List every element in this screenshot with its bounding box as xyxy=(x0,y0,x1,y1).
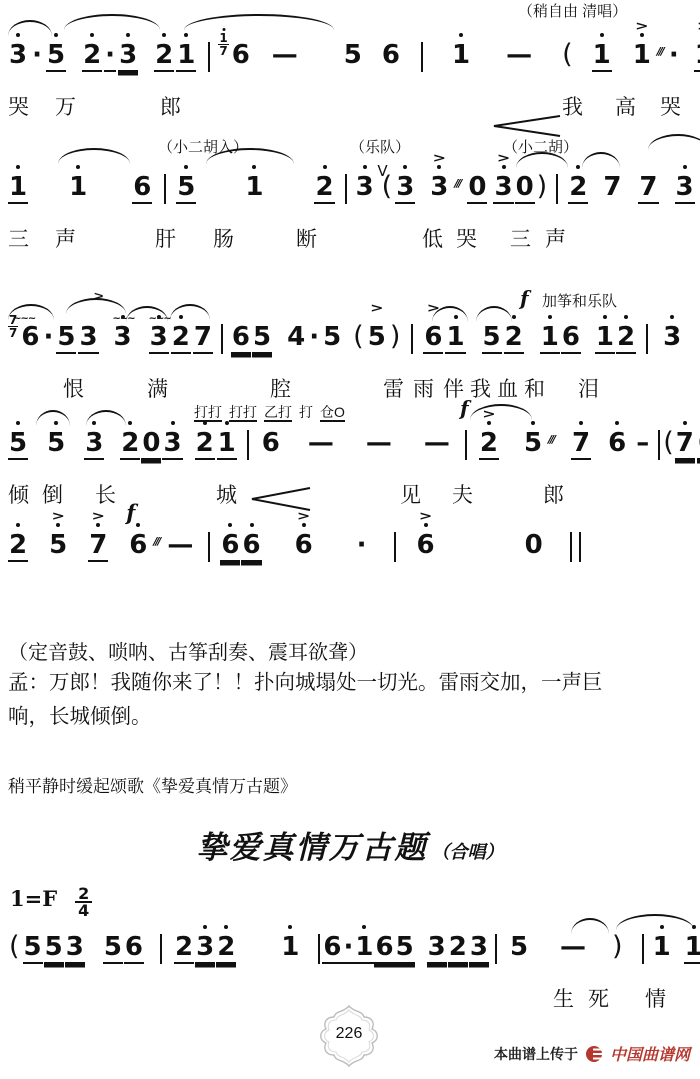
note-token: 6> xyxy=(294,530,314,560)
song-title: 挚爱真情万古题（合唱） xyxy=(0,822,700,867)
note-token: 1 xyxy=(652,932,672,962)
barline xyxy=(421,40,423,79)
lyric-word: 死 xyxy=(588,983,609,1013)
lyric-word: 声 xyxy=(545,223,566,253)
footer-credit: 本曲谱上传于 中国曲谱网 xyxy=(494,1042,690,1065)
octave-dot xyxy=(96,523,100,527)
note-token: 1> xyxy=(694,40,700,72)
note-token: 1 xyxy=(280,932,300,962)
lyric-word: 情 xyxy=(645,983,666,1013)
lyrics-row: 三声肝肠断低哭三声 xyxy=(8,223,696,251)
notation-line-3: f加筝和乐队>776~~~·533~~~3~~~27654·5(5>)6>152… xyxy=(8,296,696,401)
note-token: 3 xyxy=(8,40,28,70)
note-token: 5 xyxy=(23,932,43,964)
note-token: 6///f xyxy=(128,530,148,560)
barline xyxy=(556,172,558,211)
note-token: 7 xyxy=(193,322,213,354)
note-token: 6 xyxy=(231,322,251,354)
note-token: 776~~~ xyxy=(8,322,40,352)
notation-line-5: 25>7>6///f—666>·6>0 xyxy=(8,504,696,569)
octave-dot xyxy=(228,523,232,527)
lyric-word: 声 xyxy=(55,223,76,253)
note-token: 1>/// xyxy=(632,40,652,70)
note-token: 6 xyxy=(607,428,627,458)
lyric-word: 低 xyxy=(422,223,443,253)
octave-dot xyxy=(136,523,140,527)
note-token: 2 xyxy=(568,172,588,204)
note-token: 6> xyxy=(423,322,443,354)
note-token: 0 xyxy=(515,172,535,204)
note-token: 4 xyxy=(286,322,306,352)
note-token: 5 xyxy=(482,322,502,354)
note-token: 7// xyxy=(675,428,695,460)
octave-dot xyxy=(683,421,687,425)
note-token: — xyxy=(423,428,451,458)
note-token: 2 xyxy=(448,932,468,964)
octave-dot xyxy=(424,523,428,527)
note-token: 3~~~ xyxy=(113,322,133,352)
octave-dot xyxy=(16,421,20,425)
octave-dot xyxy=(323,165,327,169)
note-token: · xyxy=(342,932,354,964)
tremolo-mark: /// xyxy=(657,37,663,67)
dialog-line: 孟：万郎！我随你来了！！扑向城塌处一切光。雷雨交加，一声巨 xyxy=(8,666,696,700)
barline xyxy=(164,172,166,211)
octave-dot xyxy=(54,33,58,37)
note-token: 5> xyxy=(48,530,68,560)
crescendo-hairpin xyxy=(250,486,312,512)
barline xyxy=(345,172,347,211)
octave-dot xyxy=(487,421,491,425)
note-token: 3 xyxy=(395,172,415,204)
note-token: 1 xyxy=(445,322,465,354)
note-token: ) xyxy=(536,172,549,202)
barline xyxy=(495,932,497,971)
instrumentation-note: （定音鼓、唢呐、古筝刮奏、震耳欲聋） xyxy=(8,636,368,665)
page-number: 226 xyxy=(316,1025,382,1043)
lyric-word: 肝 xyxy=(155,223,176,253)
note-token: — xyxy=(166,530,194,560)
note-token: 3 xyxy=(469,932,489,964)
note-token: 6 xyxy=(374,932,394,964)
octave-dot xyxy=(16,165,20,169)
site-name-link[interactable]: 中国曲谱网 xyxy=(610,1042,690,1065)
lyric-word: 我 xyxy=(470,373,491,403)
note-token: 1 xyxy=(244,172,264,202)
octave-dot xyxy=(252,165,256,169)
octave-dot xyxy=(362,925,366,929)
note-token: 5 xyxy=(176,172,196,204)
note-token: ) xyxy=(611,932,624,962)
barline xyxy=(411,322,413,361)
note-token: 2 xyxy=(120,428,140,460)
notation-row: 1165123V(33>///03>0)2773327 xyxy=(8,146,696,211)
note-token: 3> xyxy=(493,172,513,204)
lyric-word: 雨 xyxy=(413,373,434,403)
note-token: 3 xyxy=(427,932,447,964)
dialog-line: 响，长城倾倒。 xyxy=(8,700,696,734)
note-token: 5 xyxy=(46,40,66,72)
note-token: 6 xyxy=(124,932,144,964)
sheet-music-page: （稍自由 清唱）3·52·321176—561—(11>///·1>0V16哭万… xyxy=(0,0,700,1079)
octave-dot xyxy=(288,925,292,929)
note-token: 5 xyxy=(252,322,272,354)
note-token: 5 xyxy=(343,40,363,70)
note-token: 7 xyxy=(638,172,658,204)
note-token: ) xyxy=(389,322,402,352)
notation-row: 776~~~·533~~~3~~~27654·5(5>)6>15216123——… xyxy=(8,296,696,361)
octave-dot xyxy=(502,165,506,169)
octave-dot xyxy=(171,421,175,425)
accent-mark: > xyxy=(433,153,446,164)
lyrics-row: 恨满腔雷雨伴我血和泪 xyxy=(8,373,696,401)
octave-dot xyxy=(437,165,441,169)
song-title-text: 挚爱真情万古题 xyxy=(197,830,428,866)
notation-line-2: （小二胡入）（乐队）（小二胡）1165123V(33>///03>0)27733… xyxy=(8,146,696,251)
lyric-word: 满 xyxy=(147,373,168,403)
octave-dot xyxy=(531,421,535,425)
note-token: 3V xyxy=(355,172,375,202)
note-token: ( xyxy=(561,40,574,70)
accent-mark: > xyxy=(419,511,432,522)
barline xyxy=(394,530,396,569)
note-token: 0 xyxy=(141,428,161,460)
octave-dot xyxy=(90,33,94,37)
octave-dot xyxy=(54,421,58,425)
barline xyxy=(658,428,660,467)
note-token: 3>/// xyxy=(429,172,449,202)
lyrics-row: 哭万郎我高哭 xyxy=(8,91,696,119)
octave-dot xyxy=(660,925,664,929)
octave-dot xyxy=(454,315,458,319)
octave-dot xyxy=(184,33,188,37)
notation-line-4: 打打打打乙打打仓Of553203216———2>5///76–(7//6//5/… xyxy=(8,402,696,507)
note-token: 1 xyxy=(8,172,28,204)
lyric-word: 三 xyxy=(510,223,531,253)
note-token: 6 xyxy=(561,322,581,354)
tremolo-mark: /// xyxy=(454,169,460,199)
barline xyxy=(465,428,467,467)
note-token: 176 xyxy=(218,40,250,70)
lyric-word: 断 xyxy=(296,223,317,253)
note-token: 2 xyxy=(216,932,236,964)
barline xyxy=(208,530,210,569)
tremolo-mark: /// xyxy=(548,425,554,455)
octave-dot xyxy=(615,421,619,425)
note-token: 3 xyxy=(78,322,98,354)
accent-mark: > xyxy=(51,511,64,522)
note-token: 3 xyxy=(84,428,104,460)
lyric-word: 血 xyxy=(497,373,518,403)
note-token: 6 xyxy=(261,428,281,458)
trill-mark: ~~~ xyxy=(113,315,133,323)
note-token: — xyxy=(307,428,335,458)
octave-dot xyxy=(548,315,552,319)
octave-dot xyxy=(640,33,644,37)
note-token: 6 xyxy=(220,530,240,562)
note-token: — xyxy=(505,40,533,70)
note-token: 6 xyxy=(132,172,152,204)
accent-mark: > xyxy=(370,303,383,314)
barline xyxy=(646,322,648,361)
note-token: — xyxy=(271,40,299,70)
note-token: 1 xyxy=(176,40,196,72)
note-token: – xyxy=(635,428,650,458)
lyric-word: 泪 xyxy=(578,373,599,403)
octave-dot xyxy=(16,523,20,527)
note-token: 1 xyxy=(684,932,700,964)
lyric-word: 我 xyxy=(562,91,583,121)
note-token: ( xyxy=(381,172,394,202)
lyric-word: 肠 xyxy=(213,223,234,253)
note-token: 5 xyxy=(395,932,415,964)
octave-dot xyxy=(203,925,207,929)
note-token: 1 xyxy=(595,322,615,354)
lyrics-row: 倾倒长城见夫郎 xyxy=(8,479,696,507)
octave-dot xyxy=(179,315,183,319)
octave-dot xyxy=(128,421,132,425)
barline xyxy=(247,428,249,467)
lyric-word: 郎 xyxy=(160,91,181,121)
note-token: 2 xyxy=(82,40,102,72)
final-barline xyxy=(570,530,581,569)
note-token: 5 xyxy=(509,932,529,962)
accent-mark: > xyxy=(482,409,495,420)
note-token: 7 xyxy=(571,428,591,460)
note-token: · xyxy=(31,40,43,70)
note-token: 5 xyxy=(44,932,64,964)
octave-dot xyxy=(512,315,516,319)
accent-mark: > xyxy=(297,511,310,522)
note-token: 7 xyxy=(602,172,622,202)
note-token: · xyxy=(668,40,680,70)
tremolo-mark: /// xyxy=(153,527,159,557)
octave-dot xyxy=(162,33,166,37)
barline xyxy=(160,932,162,971)
note-token: 2 xyxy=(616,322,636,354)
accent-mark: > xyxy=(92,511,105,522)
accent-mark: > xyxy=(635,21,648,32)
note-token: 3 xyxy=(162,428,182,460)
octave-dot xyxy=(250,523,254,527)
octave-dot xyxy=(603,315,607,319)
note-token: 3 xyxy=(195,932,215,964)
octave-dot xyxy=(670,315,674,319)
octave-dot xyxy=(692,925,696,929)
note-token: 0 xyxy=(524,530,544,560)
note-token: · xyxy=(42,322,54,352)
barline xyxy=(208,40,210,79)
note-token: · xyxy=(356,530,368,560)
note-token: 2> xyxy=(479,428,499,460)
octave-dot xyxy=(579,421,583,425)
lyric-word: 万 xyxy=(55,91,76,121)
note-token: 2 xyxy=(195,428,215,460)
note-token: 1 xyxy=(451,40,471,70)
note-token: 5> xyxy=(367,322,387,352)
note-token: ( xyxy=(662,428,675,458)
note-token: 2 xyxy=(314,172,334,204)
trill-mark: ~~~ xyxy=(8,315,40,323)
note-token: 2 xyxy=(174,932,194,964)
note-token: 2 xyxy=(154,40,174,72)
octave-dot xyxy=(16,33,20,37)
octave-dot xyxy=(576,165,580,169)
lyric-word: 生 xyxy=(553,983,574,1013)
barline xyxy=(642,932,644,971)
grace-notes: 17 xyxy=(218,31,228,57)
notation-line-6: (5535623216·1653235—)1165356生死情 xyxy=(8,906,696,1011)
lyric-word: 腔 xyxy=(270,373,291,403)
site-logo-icon xyxy=(585,1045,603,1063)
note-token: 5 xyxy=(56,322,76,354)
note-token: 2 xyxy=(171,322,191,354)
octave-dot xyxy=(184,165,188,169)
octave-dot xyxy=(126,33,130,37)
lyric-word: 三 xyxy=(8,223,29,253)
note-token: 3~~~ xyxy=(149,322,169,354)
note-token: ( xyxy=(352,322,365,352)
note-token: 1 xyxy=(217,428,237,460)
octave-dot xyxy=(363,165,367,169)
crescendo-hairpin xyxy=(492,114,562,138)
note-token: 0 xyxy=(467,172,487,204)
note-token: — xyxy=(365,428,393,458)
note-token: 1 xyxy=(592,40,612,72)
note-token: 6 xyxy=(322,932,342,964)
notation-line-1: （稍自由 清唱）3·52·321176—561—(11>///·1>0V16哭万… xyxy=(8,14,696,119)
note-token: 5 xyxy=(103,932,123,964)
notation-row: 25>7>6///f—666>·6>0 xyxy=(8,504,696,569)
note-token: 6> xyxy=(416,530,436,560)
footer-prefix: 本曲谱上传于 xyxy=(494,1044,578,1064)
octave-dot xyxy=(224,925,228,929)
note-token: 7> xyxy=(88,530,108,562)
note-token: 1 xyxy=(68,172,88,202)
note-token: ( xyxy=(8,932,21,962)
note-token: 1 xyxy=(354,932,374,964)
song-title-suffix: （合唱） xyxy=(432,842,504,863)
octave-dot xyxy=(76,165,80,169)
note-token: · xyxy=(308,322,320,352)
note-token: 3 xyxy=(675,172,695,204)
lyric-word: 和 xyxy=(524,373,545,403)
octave-dot xyxy=(459,33,463,37)
trill-mark: ~~~ xyxy=(149,315,169,323)
lyric-word: 哭 xyxy=(660,91,681,121)
note-token: 5 xyxy=(8,428,28,460)
page-number-ornament: 226 xyxy=(316,1004,382,1068)
octave-dot xyxy=(302,523,306,527)
note-token: 3 xyxy=(662,322,682,352)
octave-dot xyxy=(624,315,628,319)
note-token: 1 xyxy=(540,322,560,354)
barline xyxy=(318,932,320,971)
barline xyxy=(221,322,223,361)
octave-dot xyxy=(203,421,207,425)
note-token: 2 xyxy=(8,530,28,562)
note-token: — xyxy=(559,932,587,962)
lyric-word: 雷 xyxy=(383,373,404,403)
accent-mark: > xyxy=(497,153,510,164)
lyric-word: 高 xyxy=(615,91,636,121)
octave-dot xyxy=(225,421,229,425)
forte-mark: f xyxy=(126,500,135,525)
dialog-text: 孟：万郎！我随你来了！！扑向城塌处一切光。雷雨交加，一声巨 响，长城倾倒。 xyxy=(8,666,696,734)
notation-row: (5535623216·1653235—)1165356 xyxy=(8,906,696,971)
lyric-word: 哭 xyxy=(8,91,29,121)
lyric-word: 哭 xyxy=(456,223,477,253)
note-token: 3 xyxy=(65,932,85,964)
accent-mark: > xyxy=(427,303,440,314)
note-token: 5 xyxy=(322,322,342,352)
note-token: 6 xyxy=(381,40,401,70)
note-token: · xyxy=(104,40,116,72)
lyric-word: 恨 xyxy=(63,373,84,403)
octave-dot xyxy=(92,421,96,425)
notation-row: 3·52·321176—561—(11>///·1>0V16 xyxy=(8,14,696,79)
note-token: 6 xyxy=(241,530,261,562)
note-token: 5 xyxy=(46,428,66,458)
notation-row: 553203216———2>5///76–(7//6//5//4//6//5//… xyxy=(8,402,696,467)
octave-dot xyxy=(56,523,60,527)
note-token: 3 xyxy=(118,40,138,72)
octave-dot xyxy=(600,33,604,37)
note-token: 2 xyxy=(504,322,524,354)
octave-dot xyxy=(403,165,407,169)
transition-note: 稍平静时缓起颂歌《挚爱真情万古题》 xyxy=(8,772,297,797)
note-token: 5/// xyxy=(523,428,543,458)
octave-dot xyxy=(683,165,687,169)
